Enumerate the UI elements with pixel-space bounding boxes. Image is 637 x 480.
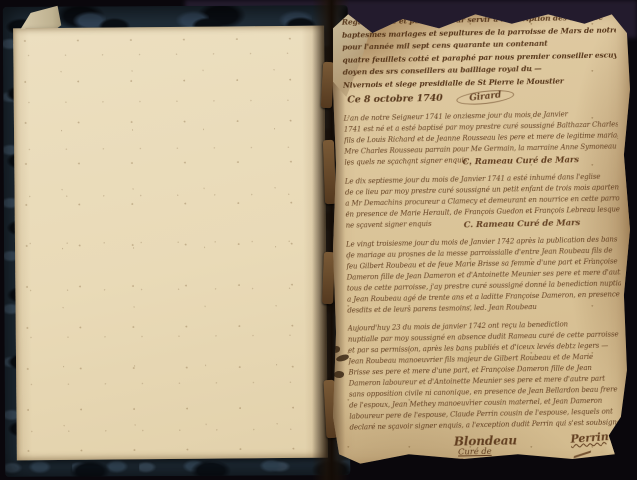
binding-remnant	[322, 252, 335, 304]
cure-signature: C. Rameau Curé de Mars	[462, 154, 618, 167]
ink-blot	[334, 370, 345, 378]
signature-title: Curé de Sestrigny	[458, 446, 526, 467]
handwritten-text: Registre coté et paraphé pour servir a l…	[342, 11, 625, 469]
signature-perrin: Perrin	[571, 429, 625, 459]
left-blank-page	[13, 26, 328, 461]
right-manuscript-page: Registre coté et paraphé pour servir a l…	[330, 5, 633, 473]
register-entry-banns: Le vingt troisiesme jour du mois de Janv…	[346, 234, 621, 316]
header-date-row: Ce 8 octobre 1740 Girard	[347, 88, 617, 106]
signature-blondeau: Blondeau Curé de Sestrigny	[454, 434, 526, 467]
header-date: Ce 8 octobre 1740	[347, 93, 443, 106]
register-entry-marriage: Aujourd'huy 23 du mois de janvier 1742 o…	[348, 318, 624, 433]
closing-signatures: Blondeau Curé de Sestrigny Perrin	[454, 432, 625, 467]
cure-signature: C. Rameau Curé de Mars	[464, 217, 620, 230]
binding-remnant	[323, 140, 336, 204]
official-signature: Girard	[456, 88, 515, 107]
signature-name: Blondeau	[454, 434, 526, 447]
